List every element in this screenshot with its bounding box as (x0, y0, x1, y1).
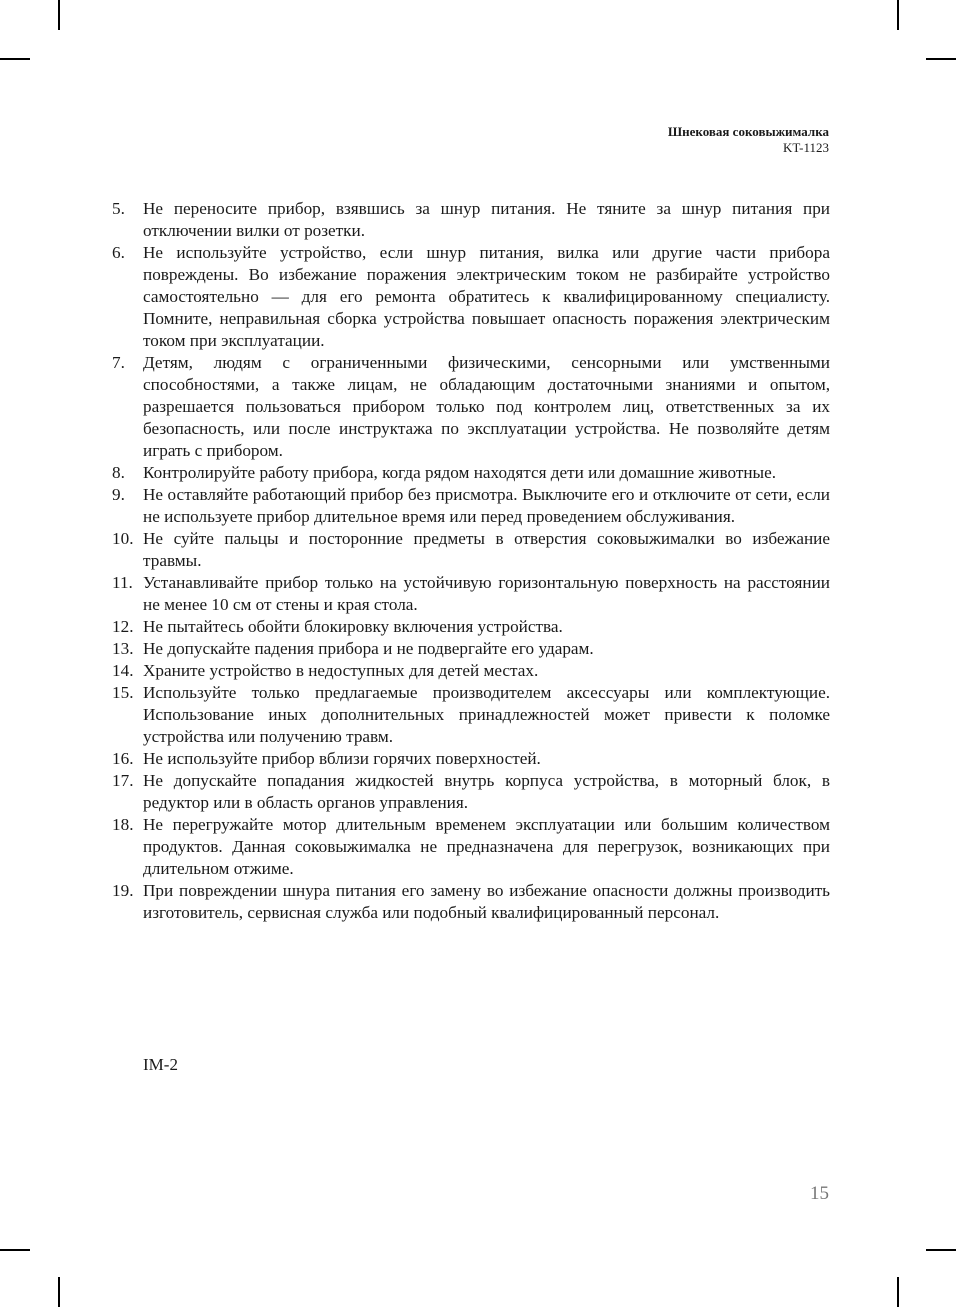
item-text: Храните устройство в недоступных для дет… (143, 660, 830, 682)
item-number: 9. (112, 484, 143, 528)
item-text: Используйте только предлагаемые производ… (143, 682, 830, 748)
item-number: 7. (112, 352, 143, 462)
list-item: 18.Не перегружайте мотор длительным врем… (112, 814, 830, 880)
list-item: 12.Не пытайтесь обойти блокировку включе… (112, 616, 830, 638)
document-code: IM-2 (143, 1055, 178, 1075)
list-item: 10.Не суйте пальцы и посторонние предмет… (112, 528, 830, 572)
crop-mark-bottom-right-vertical (897, 1277, 899, 1307)
list-item: 14.Храните устройство в недоступных для … (112, 660, 830, 682)
list-item: 16.Не используйте прибор вблизи горячих … (112, 748, 830, 770)
crop-mark-top-left-vertical (58, 0, 60, 30)
item-number: 19. (112, 880, 143, 924)
item-number: 18. (112, 814, 143, 880)
crop-mark-top-right-vertical (897, 0, 899, 30)
safety-instructions-list: 5.Не переносите прибор, взявшись за шнур… (112, 198, 830, 924)
page-number: 15 (810, 1183, 829, 1205)
item-text: Детям, людям с ограниченными физическими… (143, 352, 830, 462)
list-item: 17.Не допускайте попадания жидкостей вну… (112, 770, 830, 814)
list-item: 6.Не используйте устройство, если шнур п… (112, 242, 830, 352)
list-item: 9.Не оставляйте работающий прибор без пр… (112, 484, 830, 528)
item-number: 14. (112, 660, 143, 682)
item-number: 8. (112, 462, 143, 484)
list-item: 19.При повреждении шнура питания его зам… (112, 880, 830, 924)
item-number: 13. (112, 638, 143, 660)
item-number: 16. (112, 748, 143, 770)
product-model: KT-1123 (668, 140, 829, 156)
crop-mark-bottom-right-horizontal (926, 1249, 956, 1251)
item-text: Не используйте устройство, если шнур пит… (143, 242, 830, 352)
item-number: 12. (112, 616, 143, 638)
item-text: Не используйте прибор вблизи горячих пов… (143, 748, 830, 770)
item-text: Не пытайтесь обойти блокировку включения… (143, 616, 830, 638)
item-text: Не допускайте падения прибора и не подве… (143, 638, 830, 660)
product-title: Шнековая соковыжималка (668, 124, 829, 140)
crop-mark-bottom-left-horizontal (0, 1249, 30, 1251)
item-number: 5. (112, 198, 143, 242)
list-item: 11.Устанавливайте прибор только на устой… (112, 572, 830, 616)
crop-mark-top-right-horizontal (926, 58, 956, 60)
item-number: 15. (112, 682, 143, 748)
item-text: Не перегружайте мотор длительным времене… (143, 814, 830, 880)
running-header: Шнековая соковыжималка KT-1123 (668, 124, 829, 156)
list-item: 13.Не допускайте падения прибора и не по… (112, 638, 830, 660)
crop-mark-bottom-left-vertical (58, 1277, 60, 1307)
list-item: 5.Не переносите прибор, взявшись за шнур… (112, 198, 830, 242)
crop-mark-top-left-horizontal (0, 58, 30, 60)
item-number: 6. (112, 242, 143, 352)
item-number: 10. (112, 528, 143, 572)
list-item: 15.Используйте только предлагаемые произ… (112, 682, 830, 748)
item-text: Не допускайте попадания жидкостей внутрь… (143, 770, 830, 814)
item-number: 17. (112, 770, 143, 814)
item-text: Не суйте пальцы и посторонние предметы в… (143, 528, 830, 572)
item-text: Контролируйте работу прибора, когда рядо… (143, 462, 830, 484)
item-text: При повреждении шнура питания его замену… (143, 880, 830, 924)
item-number: 11. (112, 572, 143, 616)
item-text: Не оставляйте работающий прибор без прис… (143, 484, 830, 528)
item-text: Устанавливайте прибор только на устойчив… (143, 572, 830, 616)
list-item: 7.Детям, людям с ограниченными физически… (112, 352, 830, 462)
list-item: 8.Контролируйте работу прибора, когда ря… (112, 462, 830, 484)
item-text: Не переносите прибор, взявшись за шнур п… (143, 198, 830, 242)
